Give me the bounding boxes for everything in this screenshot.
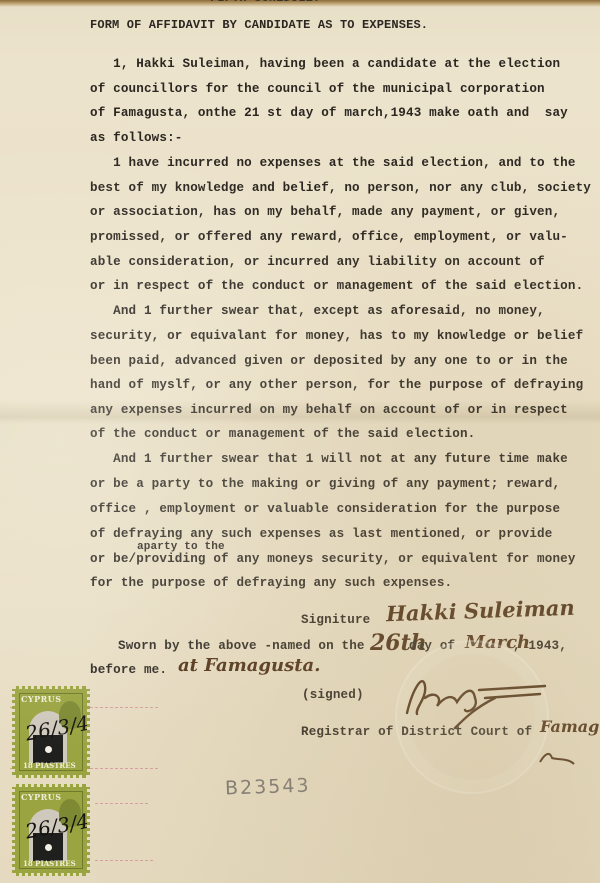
body-line: as follows:-	[90, 132, 183, 145]
body-line: office , employment or valuable consider…	[90, 503, 560, 516]
signature-label: Signiture	[301, 614, 370, 627]
body-line: promissed, or offered any reward, office…	[90, 231, 568, 244]
body-line: or in respect of the conduct or manageme…	[90, 280, 583, 293]
registrar-place: Famagusta	[540, 717, 600, 736]
sworn-line-prefix: Sworn by the above -named on the	[118, 640, 365, 653]
body-line: any expenses incurred on my behalf on ac…	[90, 404, 568, 417]
body-line: able consideration, or incurred any liab…	[90, 256, 545, 269]
stamp-country: CYPRUS	[21, 792, 62, 802]
sworn-year: , 1943,	[513, 640, 567, 653]
red-cancel-line	[95, 860, 155, 861]
registrar-line: Registrar of District Court of	[301, 726, 532, 739]
stamp-value: 18 PIASTRES	[23, 761, 76, 770]
before-me-label: before me.	[90, 664, 167, 677]
stamp-value: 18 PIASTRES	[23, 859, 76, 868]
stamp-country: CYPRUS	[21, 694, 62, 704]
body-line: or association, has on my behalf, made a…	[90, 206, 560, 219]
revenue-stamp: CYPRUS 26/3/43 18 PIASTRES	[12, 686, 90, 778]
body-line: for the purpose of defraying any such ex…	[90, 577, 452, 590]
red-cancel-line	[95, 803, 150, 804]
candidate-signature: Hakki Suleiman	[386, 595, 575, 627]
signed-label: (signed)	[302, 689, 364, 702]
document-title: FORM OF AFFIDAVIT BY CANDIDATE AS TO EXP…	[90, 19, 428, 31]
cut-off-heading: FIFTH SCHEDULE.	[210, 0, 320, 4]
revenue-stamp: CYPRUS 26/3/43 18 PIASTRES	[12, 784, 90, 876]
body-line: 1 have incurred no expenses at the said …	[90, 157, 576, 170]
body-line: of councillors for the council of the mu…	[90, 83, 545, 96]
place-handwritten: at Famagusta.	[178, 655, 320, 676]
body-line: or be/providing of any moneys security, …	[90, 553, 576, 566]
pencil-reference-number: B23543	[225, 775, 311, 800]
handwritten-flourish	[538, 748, 578, 773]
body-line: And 1 further swear that 1 will not at a…	[90, 453, 568, 466]
body-line: or be a party to the making or giving of…	[90, 478, 560, 491]
body-line: been paid, advanced given or deposited b…	[90, 355, 568, 368]
body-line: 1, Hakki Suleiman, having been a candida…	[90, 58, 560, 71]
body-line: of Famagusta, onthe 21 st day of march,1…	[90, 107, 568, 120]
body-line: best of my knowledge and belief, no pers…	[90, 182, 591, 195]
body-line: hand of myslf, or any other person, for …	[90, 379, 583, 392]
body-line: And 1 further swear that, except as afor…	[90, 305, 545, 318]
body-line: of defraying any such expenses as last m…	[90, 528, 552, 541]
body-line: security, or equivalant for money, has t…	[90, 330, 583, 343]
affidavit-page: FIFTH SCHEDULE. FORM OF AFFIDAVIT BY CAN…	[0, 0, 600, 883]
body-line: of the conduct or management of the said…	[90, 428, 475, 441]
